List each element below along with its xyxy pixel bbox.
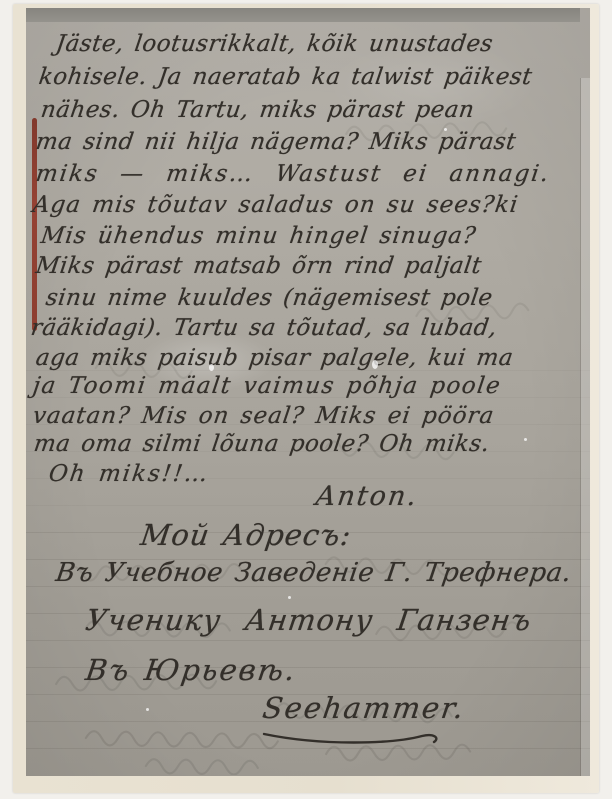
letter-line: kohisele. Ja naeratab ka talwist päikest	[37, 63, 534, 91]
letter-line: ma oma silmi lõuna poole? Oh miks.	[32, 430, 492, 458]
flourish-underline	[262, 728, 452, 746]
letter-line: Jäste, lootusrikkalt, kõik unustades	[54, 30, 495, 58]
dust-speck	[524, 438, 527, 441]
photo-top-strip	[26, 8, 580, 22]
letter-line: miks — miks… Wastust ei annagi.	[34, 160, 552, 188]
photo-print: Jäste, lootusrikkalt, kõik unustades koh…	[13, 4, 599, 793]
address-line: Въ Учебное Заведеніе Г. Трефнера.	[54, 559, 573, 587]
letter-line: Mis ühendus minu hingel sinuga?	[39, 222, 478, 250]
dust-speck	[209, 364, 214, 371]
page-right-edge	[581, 78, 590, 776]
letter-line: Oh miks!!…	[47, 460, 211, 488]
letter-line: aga miks paisub pisar palgele, kui ma	[34, 344, 515, 372]
letter-line: sinu nime kuuldes (nägemisest pole	[44, 284, 495, 312]
dust-speck	[444, 128, 447, 131]
address-heading: Мой Адресъ:	[139, 521, 353, 549]
archival-photo-of-letter: { "letter": { "lines": [ "Jäste, lootusr…	[0, 0, 612, 799]
letter-line: rääkidagi). Tartu sa tõutad, sa lubad,	[29, 314, 499, 342]
signature: Anton.	[314, 483, 420, 511]
letter-page: Jäste, lootusrikkalt, kõik unustades koh…	[26, 8, 590, 776]
address-line: Въ Юрьевѣ.	[84, 656, 299, 684]
letter-line: nähes. Oh Tartu, miks pärast pean	[39, 96, 476, 124]
letter-line: Aga mis tõutav saladus on su sees?ki	[31, 191, 520, 219]
letter-line: ja Toomi mäalt vaimus põhja poole	[31, 372, 503, 400]
dust-speck	[146, 708, 149, 711]
dust-speck	[288, 596, 291, 599]
letter-line: ma sind nii hilja nägema? Miks pärast	[34, 128, 518, 156]
letter-line: Miks pärast matsab õrn rind paljalt	[34, 252, 484, 280]
address-line: Ученику Антону Ганзенъ	[84, 606, 533, 634]
page-fold-line	[580, 78, 581, 776]
letter-line: vaatan? Mis on seal? Miks ei pööra	[31, 402, 496, 430]
closing-flourish: Seehammer.	[261, 694, 467, 722]
dust-speck	[372, 360, 378, 369]
